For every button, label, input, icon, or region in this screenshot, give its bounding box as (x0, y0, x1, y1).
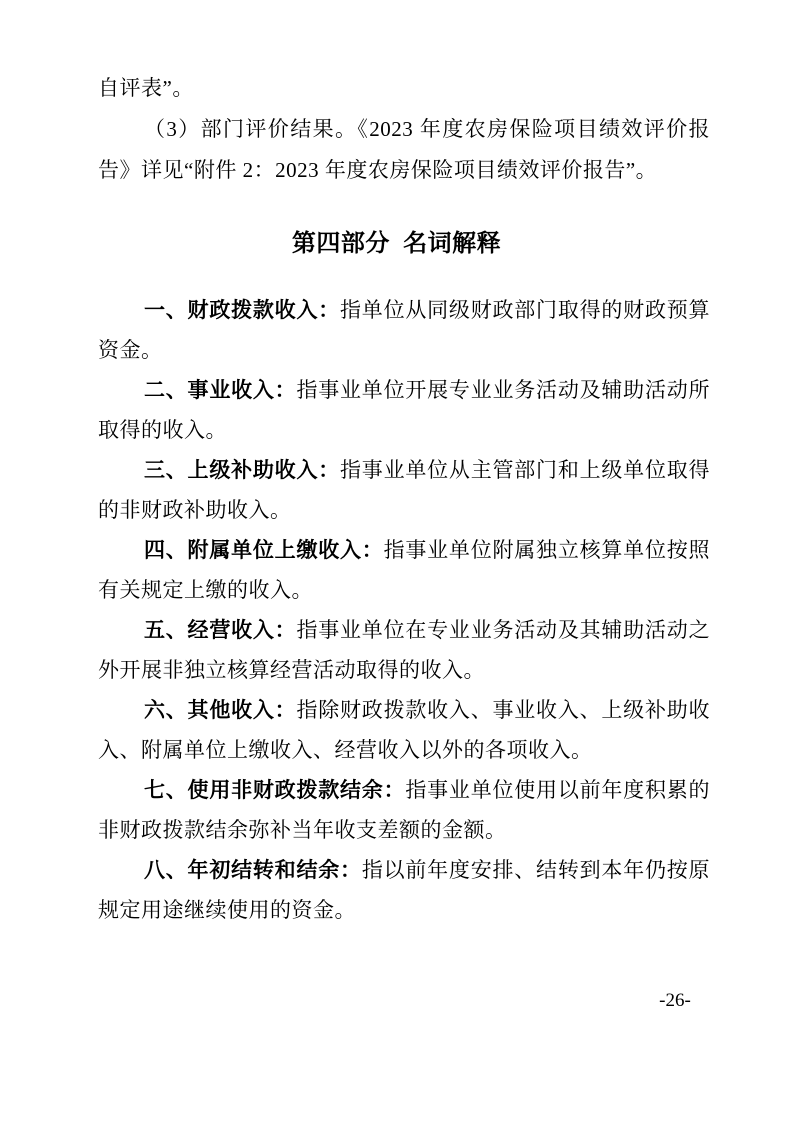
glossary-definition: 指单位从同级财政部门取得的财政预算 (340, 298, 710, 322)
glossary-entry-4-line-1: 四、附属单位上缴收入：指事业单位附属独立核算单位按照 (98, 530, 710, 570)
glossary-term: 六、其他收入： (144, 698, 296, 722)
glossary-entry-3-line-1: 三、上级补助收入：指事业单位从主管部门和上级单位取得 (98, 450, 710, 490)
glossary-entry-1-line-1: 一、财政拨款收入：指单位从同级财政部门取得的财政预算 (98, 290, 710, 330)
intro-line-1: 自评表”。 (98, 68, 710, 109)
section-heading: 第四部分 名词解释 (0, 228, 793, 260)
glossary-list: 一、财政拨款收入：指单位从同级财政部门取得的财政预算 资金。 二、事业收入：指事… (98, 290, 710, 930)
intro-line-2: （3）部门评价结果。《2023 年度农房保险项目绩效评价报 (98, 109, 710, 150)
intro-line-3: 告》详见“附件 2：2023 年度农房保险项目绩效评价报告”。 (98, 150, 710, 191)
glossary-entry-5-line-2: 外开展非独立核算经营活动取得的收入。 (98, 650, 710, 690)
glossary-definition: 指事业单位在专业业务活动及其辅助活动之 (296, 618, 710, 642)
glossary-entry-8-line-1: 八、年初结转和结余：指以前年度安排、结转到本年仍按原 (98, 850, 710, 890)
glossary-entry-2-line-1: 二、事业收入：指事业单位开展专业业务活动及辅助活动所 (98, 370, 710, 410)
glossary-entry-3-line-2: 的非财政补助收入。 (98, 490, 710, 530)
glossary-term: 四、附属单位上缴收入： (144, 538, 384, 562)
glossary-entry-6-line-1: 六、其他收入：指除财政拨款收入、事业收入、上级补助收 (98, 690, 710, 730)
glossary-entry-6-line-2: 入、附属单位上缴收入、经营收入以外的各项收入。 (98, 730, 710, 770)
glossary-definition: 指事业单位使用以前年度积累的 (405, 778, 710, 802)
glossary-term: 七、使用非财政拨款结余： (144, 778, 405, 802)
glossary-term: 二、事业收入： (144, 378, 296, 402)
glossary-entry-7-line-1: 七、使用非财政拨款结余：指事业单位使用以前年度积累的 (98, 770, 710, 810)
glossary-entry-2-line-2: 取得的收入。 (98, 410, 710, 450)
document-page: 自评表”。 （3）部门评价结果。《2023 年度农房保险项目绩效评价报 告》详见… (0, 0, 793, 1122)
glossary-entry-7-line-2: 非财政拨款结余弥补当年收支差额的金额。 (98, 810, 710, 850)
glossary-term: 三、上级补助收入： (144, 458, 340, 482)
glossary-definition: 指事业单位从主管部门和上级单位取得 (340, 458, 710, 482)
glossary-definition: 指以前年度安排、结转到本年仍按原 (362, 858, 710, 882)
glossary-definition: 指事业单位开展专业业务活动及辅助活动所 (296, 378, 710, 402)
glossary-term: 五、经营收入： (144, 618, 296, 642)
page-number: -26- (650, 990, 700, 1012)
glossary-entry-1-line-2: 资金。 (98, 330, 710, 370)
glossary-entry-4-line-2: 有关规定上缴的收入。 (98, 570, 710, 610)
intro-paragraphs: 自评表”。 （3）部门评价结果。《2023 年度农房保险项目绩效评价报 告》详见… (98, 68, 710, 191)
glossary-definition: 指事业单位附属独立核算单位按照 (384, 538, 710, 562)
glossary-definition: 指除财政拨款收入、事业收入、上级补助收 (296, 698, 710, 722)
glossary-term: 八、年初结转和结余： (144, 858, 362, 882)
glossary-entry-8-line-2: 规定用途继续使用的资金。 (98, 890, 710, 930)
glossary-entry-5-line-1: 五、经营收入：指事业单位在专业业务活动及其辅助活动之 (98, 610, 710, 650)
glossary-term: 一、财政拨款收入： (144, 298, 340, 322)
